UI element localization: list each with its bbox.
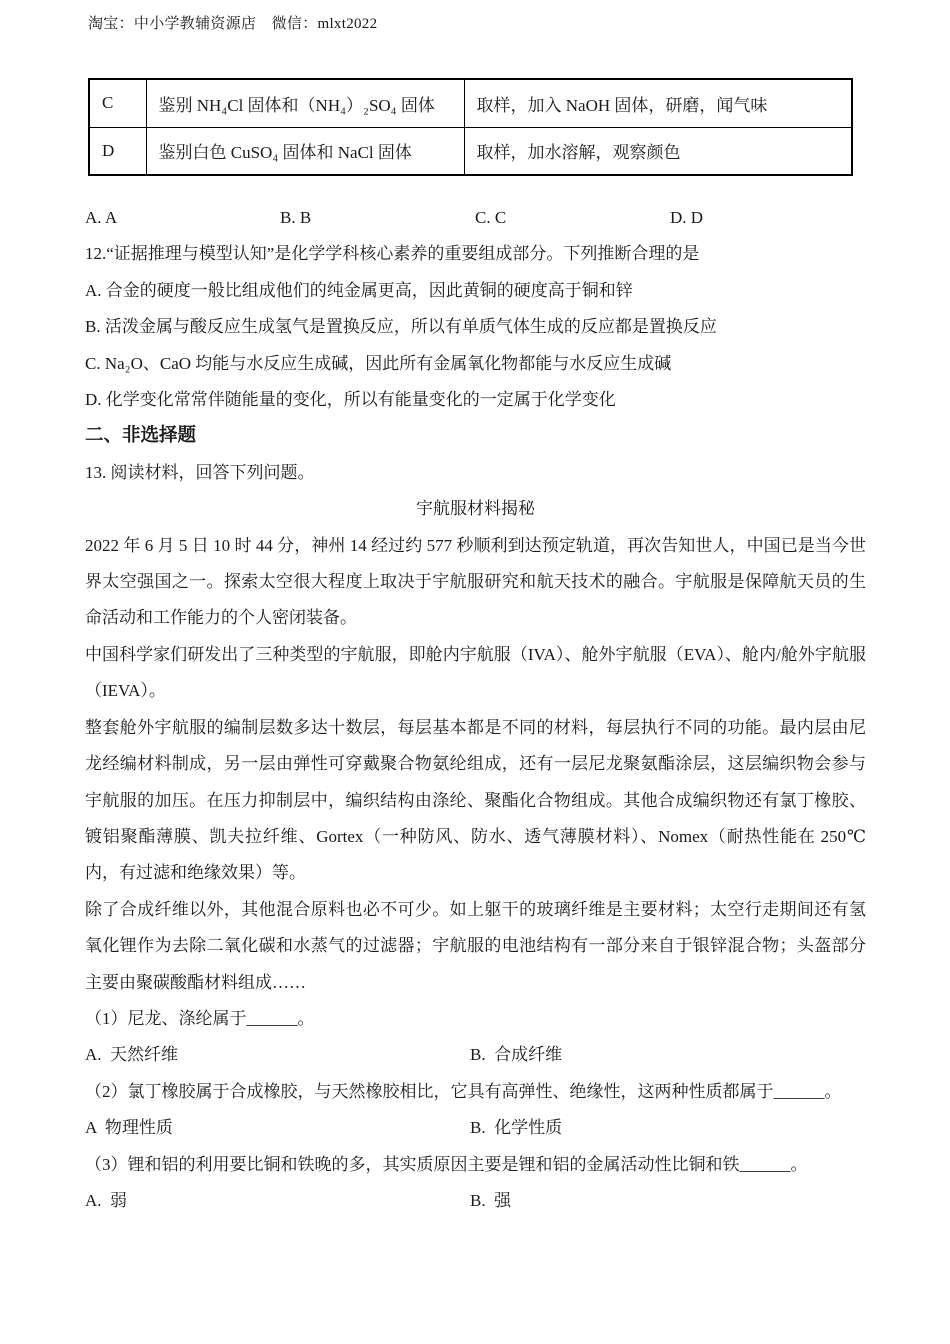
q13-sub2-stem: （2）氯丁橡胶属于合成橡胶，与天然橡胶相比，它具有高弹性、绝缘性，这两种性质都属…: [85, 1074, 866, 1110]
row-c-task-cell: 鉴别 NH₄Cl 固体和（NH₄）₂SO₄ 固体: [146, 79, 464, 127]
document-body: A. A B. B C. C D. D 12.“证据推理与模型认知”是化学学科核…: [85, 200, 866, 1219]
material-paragraph-3: 整套舱外宇航服的编制层数多达十数层，每层基本都是不同的材料，每层执行不同的功能。…: [85, 710, 866, 892]
q12-option-b: B. 活泼金属与酸反应生成氢气是置换反应，所以有单质气体生成的反应都是置换反应: [85, 309, 866, 345]
identification-table: C 鉴别 NH₄Cl 固体和（NH₄）₂SO₄ 固体 取样，加入 NaOH 固体…: [88, 78, 853, 176]
q13-sub1-options-row: A. 天然纤维 B. 合成纤维: [85, 1037, 866, 1073]
q11-choice-d: D. D: [670, 200, 703, 236]
material-paragraph-2: 中国科学家们研发出了三种类型的宇航服，即舱内宇航服（IVA）、舱外宇航服（EVA…: [85, 637, 866, 710]
q13-stem: 13. 阅读材料，回答下列问题。: [85, 455, 866, 491]
q13-sub2-option-b: B. 化学性质: [470, 1110, 562, 1146]
row-d-task-cell: 鉴别白色 CuSO₄ 固体和 NaCl 固体: [146, 127, 464, 175]
row-d-option-letter: D: [89, 127, 146, 175]
row-d-operation-cell: 取样，加水溶解，观察颜色: [464, 127, 852, 175]
material-title: 宇航服材料揭秘: [85, 491, 866, 527]
q13-sub2-option-a: A 物理性质: [85, 1110, 470, 1146]
q13-sub2-options-row: A 物理性质 B. 化学性质: [85, 1110, 866, 1146]
q11-answer-choices-row: A. A B. B C. C D. D: [85, 200, 866, 236]
q12-option-d: D. 化学变化常常伴随能量的变化，所以有能量变化的一定属于化学变化: [85, 382, 866, 418]
q12-option-c: C. Na₂O、CaO 均能与水反应生成碱，因此所有金属氧化物都能与水反应生成碱: [85, 346, 866, 382]
material-paragraph-4: 除了合成纤维以外，其他混合原料也必不可少。如上躯干的玻璃纤维是主要材料；太空行走…: [85, 892, 866, 1001]
q13-sub3-option-b: B. 强: [470, 1183, 511, 1219]
q11-choice-a: A. A: [85, 200, 280, 236]
section-2-heading: 二、非选择题: [85, 418, 866, 454]
q11-choice-b: B. B: [280, 200, 475, 236]
q13-sub3-options-row: A. 弱 B. 强: [85, 1183, 866, 1219]
q11-choice-c: C. C: [475, 200, 670, 236]
q13-sub1-option-a: A. 天然纤维: [85, 1037, 470, 1073]
row-c-option-letter: C: [89, 79, 146, 127]
q12-stem: 12.“证据推理与模型认知”是化学学科核心素养的重要组成部分。下列推断合理的是: [85, 236, 866, 272]
q13-sub3-stem: （3）锂和铝的利用要比铜和铁晚的多，其实质原因主要是锂和铝的金属活动性比铜和铁_…: [85, 1147, 866, 1183]
q13-sub3-option-a: A. 弱: [85, 1183, 470, 1219]
table-row-c: C 鉴别 NH₄Cl 固体和（NH₄）₂SO₄ 固体 取样，加入 NaOH 固体…: [89, 79, 852, 127]
q13-sub1-stem: （1）尼龙、涤纶属于______。: [85, 1001, 866, 1037]
q13-sub1-option-b: B. 合成纤维: [470, 1037, 562, 1073]
q12-option-a: A. 合金的硬度一般比组成他们的纯金属更高，因此黄铜的硬度高于铜和锌: [85, 273, 866, 309]
page-header-shop-info: 淘宝：中小学教辅资源店 微信：mlxt2022: [88, 12, 377, 33]
row-c-operation-cell: 取样，加入 NaOH 固体，研磨，闻气味: [464, 79, 852, 127]
table-row-d: D 鉴别白色 CuSO₄ 固体和 NaCl 固体 取样，加水溶解，观察颜色: [89, 127, 852, 175]
material-paragraph-1: 2022 年 6 月 5 日 10 时 44 分，神州 14 经过约 577 秒…: [85, 528, 866, 637]
